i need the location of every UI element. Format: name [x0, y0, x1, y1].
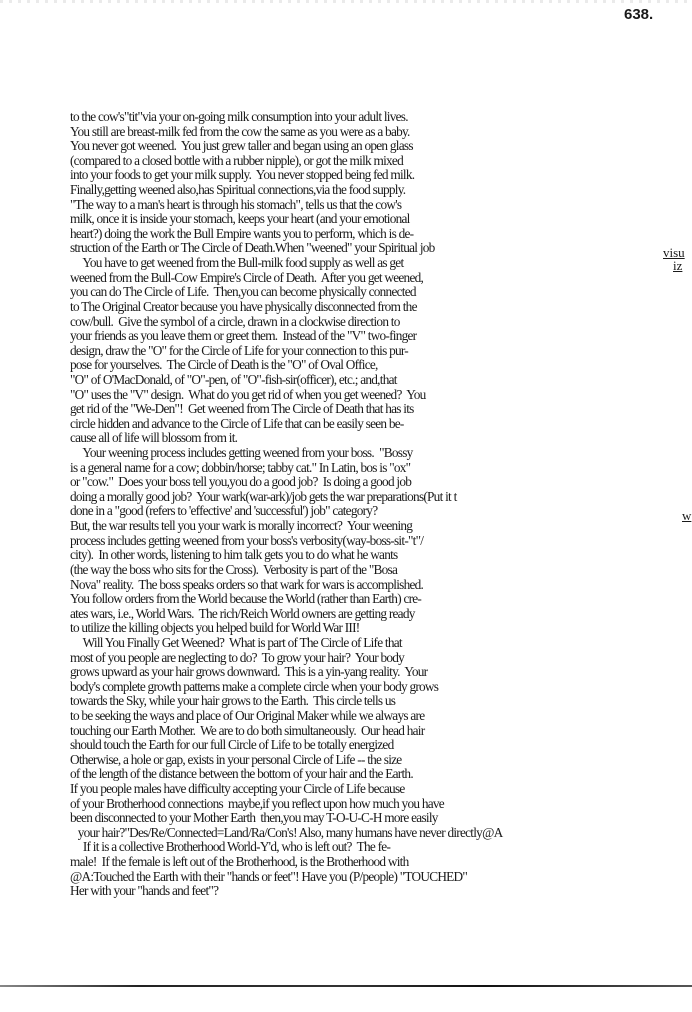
text-line: circle hidden and advance to the Circle …: [70, 417, 692, 432]
text-line: body's complete growth patterns make a c…: [70, 680, 692, 695]
text-line: should touch the Earth for our full Circ…: [70, 738, 692, 753]
text-line: You follow orders from the World because…: [70, 592, 692, 607]
text-line: of the length of the distance between th…: [70, 767, 692, 782]
text-line: design, draw the "O" for the Circle of L…: [70, 344, 692, 359]
text-line: ates wars, i.e., World Wars. The rich/Re…: [70, 607, 692, 622]
text-line: or "cow." Does your boss tell you,you do…: [70, 475, 692, 490]
scan-noise: [0, 0, 692, 3]
text-line: (compared to a closed bottle with a rubb…: [70, 154, 692, 169]
text-line: touching our Earth Mother. We are to do …: [70, 724, 692, 739]
text-line: Her with your "hands and feet"?: [70, 884, 692, 899]
text-line: struction of the Earth or The Circle of …: [70, 241, 692, 256]
text-line: cow/bull. Give the symbol of a circle, d…: [70, 315, 692, 330]
text-line: If it is a collective Brotherhood World-…: [70, 840, 692, 855]
text-line: weened from the Bull-Cow Empire's Circle…: [70, 271, 692, 286]
text-line: to The Original Creator because you have…: [70, 300, 692, 315]
text-line: to be seeking the ways and place of Our …: [70, 709, 692, 724]
text-line: But, the war results tell you your wark …: [70, 519, 692, 534]
text-line: Otherwise, a hole or gap, exists in your…: [70, 753, 692, 768]
text-line: "The way to a man's heart is through his…: [70, 198, 692, 213]
text-line: to utilize the killing objects you helpe…: [70, 621, 692, 636]
text-line: towards the Sky, while your hair grows t…: [70, 694, 692, 709]
margin-note: w: [682, 508, 691, 524]
text-line: to the cow's"tit"via your on-going milk …: [70, 110, 692, 125]
page-number: 638.: [624, 6, 653, 23]
text-line: heart?) doing the work the Bull Empire w…: [70, 227, 692, 242]
text-line: You have to get weened from the Bull-mil…: [70, 256, 692, 271]
margin-note: iz: [673, 258, 682, 274]
text-line: milk, once it is inside your stomach, ke…: [70, 212, 692, 227]
text-line: Your weening process includes getting we…: [70, 446, 692, 461]
text-line: cause all of life will blossom from it.: [70, 431, 692, 446]
text-line: doing a morally good job? Your wark(war-…: [70, 490, 692, 505]
text-line: Will You Finally Get Weened? What is par…: [70, 636, 692, 651]
text-line: grows upward as your hair grows downward…: [70, 665, 692, 680]
text-line: your hair?"Des/Re/Connected=Land/Ra/Con'…: [70, 826, 692, 841]
text-line: into your foods to get your milk supply.…: [70, 168, 692, 183]
text-line: get rid of the "We-Den"! Get weened from…: [70, 402, 692, 417]
text-line: @A:Touched the Earth with their "hands o…: [70, 870, 692, 885]
text-line: your friends as you leave them or greet …: [70, 329, 692, 344]
document-body: to the cow's"tit"via your on-going milk …: [70, 110, 692, 899]
text-line: most of you people are neglecting to do?…: [70, 651, 692, 666]
text-line: "O" of O'MacDonald, of "O"-pen, of "O"-f…: [70, 373, 692, 388]
text-line: city). In other words, listening to him …: [70, 548, 692, 563]
text-line: of your Brotherhood connections maybe,if…: [70, 797, 692, 812]
text-line: Nova" reality. The boss speaks orders so…: [70, 578, 692, 593]
text-line: process includes getting weened from you…: [70, 534, 692, 549]
text-line: You never got weened. You just grew tall…: [70, 139, 692, 154]
text-line: pose for yourselves. The Circle of Death…: [70, 358, 692, 373]
page-bottom-rule: [0, 985, 692, 987]
text-line: been disconnected to your Mother Earth t…: [70, 811, 692, 826]
text-line: done in a "good (refers to 'effective' a…: [70, 504, 692, 519]
text-line: (the way the boss who sits for the Cross…: [70, 563, 692, 578]
text-line: is a general name for a cow; dobbin/hors…: [70, 461, 692, 476]
text-line: "O" uses the "V" design. What do you get…: [70, 388, 692, 403]
text-line: male! If the female is left out of the B…: [70, 855, 692, 870]
text-line: you can do The Circle of Life. Then,you …: [70, 285, 692, 300]
text-line: You still are breast-milk fed from the c…: [70, 125, 692, 140]
text-line: If you people males have difficulty acce…: [70, 782, 692, 797]
text-line: Finally,getting weened also,has Spiritua…: [70, 183, 692, 198]
